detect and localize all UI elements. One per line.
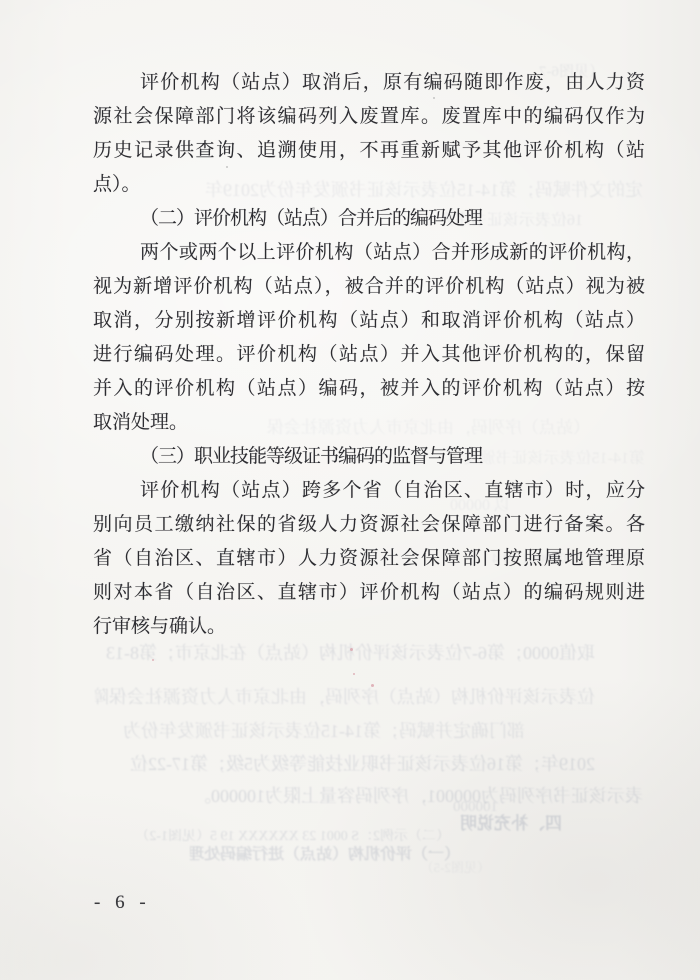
bleedthrough-line: （一）评价机构（站点）进行编码处理 [190,846,460,864]
section-heading: （三）职业技能等级证书编码的监督与管理 [93,440,645,474]
scan-speck [226,166,228,168]
text-line: 两个或两个以上评价机构（站点）合并形成新的评价机构， [93,236,645,270]
text-line: 取消处理。 [93,406,645,440]
text-line: 点）。 [93,168,645,202]
text-line: 行审核与确认。 [93,610,645,644]
scan-speck [312,207,315,210]
text-line: 历史记录供查询、追溯使用，不再重新赋予其他评价机构（站 [93,134,645,168]
bleedthrough-line: 100000 [436,799,498,816]
bleedthrough-line: 取值0000；第6-7位表示该评价机构（站点）在北京市；第8-13 [95,643,595,664]
text-line: 则对本省（自治区、直辖市）评价机构（站点）的编码规则进 [93,576,645,610]
scan-speck [152,659,154,661]
text-line: 评价机构（站点）跨多个省（自治区、直辖市）时，应分 [93,474,645,508]
text-line: 取消，分别按新增评价机构（站点）和取消评价机构（站点） [93,304,645,338]
text-line: 并入的评价机构（站点）编码，被并入的评价机构（站点）按 [93,372,645,406]
text-line: 省（自治区、直辖市）人力资源社会保障部门按照属地管理原 [93,542,645,576]
text-line: 评价机构（站点）取消后，原有编码随即作废，由人力资 [93,66,645,100]
text-line: 进行编码处理。评价机构（站点）并入其他评价机构的，保留 [93,338,645,372]
scanned-page: （见图6-7 定的文件赋码；第14-15位表示该证书颁发年份为2019年 16位… [0,0,700,980]
bleedthrough-line: 四、补充说明 [452,814,562,834]
document-body: 评价机构（站点）取消后，原有编码随即作废，由人力资 源社会保障部门将该编码列入废… [93,66,645,644]
scan-speck [353,673,355,675]
scan-speck [350,648,353,651]
text-line: 源社会保障部门将该编码列入废置库。废置库中的编码仅作为 [93,100,645,134]
section-heading: （二）评价机构（站点）合并后的编码处理 [93,202,645,236]
bleedthrough-line: （二）示例2：S 0001 23 XXXXXX 19 5（见图1-2） [120,829,450,845]
bleedthrough-line: （见图2-5） [400,861,490,876]
bleedthrough-line: 2019年；第16位表示该证书职业技能等级为5级；第17-22位 [95,754,595,775]
text-line: 视为新增评价机构（站点），被合并的评价机构（站点）视为被 [93,270,645,304]
page-number: - 6 - [94,892,151,914]
scan-speck [433,97,435,99]
bleedthrough-line: 位表示该评价机构（站点）序列码，由北京市人力资源社会保障 [95,687,595,708]
scan-speck [371,684,374,687]
bleedthrough-line: 表示该证书序列码为000001，序列码容量上限为100000。 [85,786,643,807]
bleedthrough-line: 部门确定并赋码；第14-15位表示该证书颁发年份为 [95,721,525,742]
text-line: 别向员工缴纳社保的省级人力资源社会保障部门进行备案。各 [93,508,645,542]
